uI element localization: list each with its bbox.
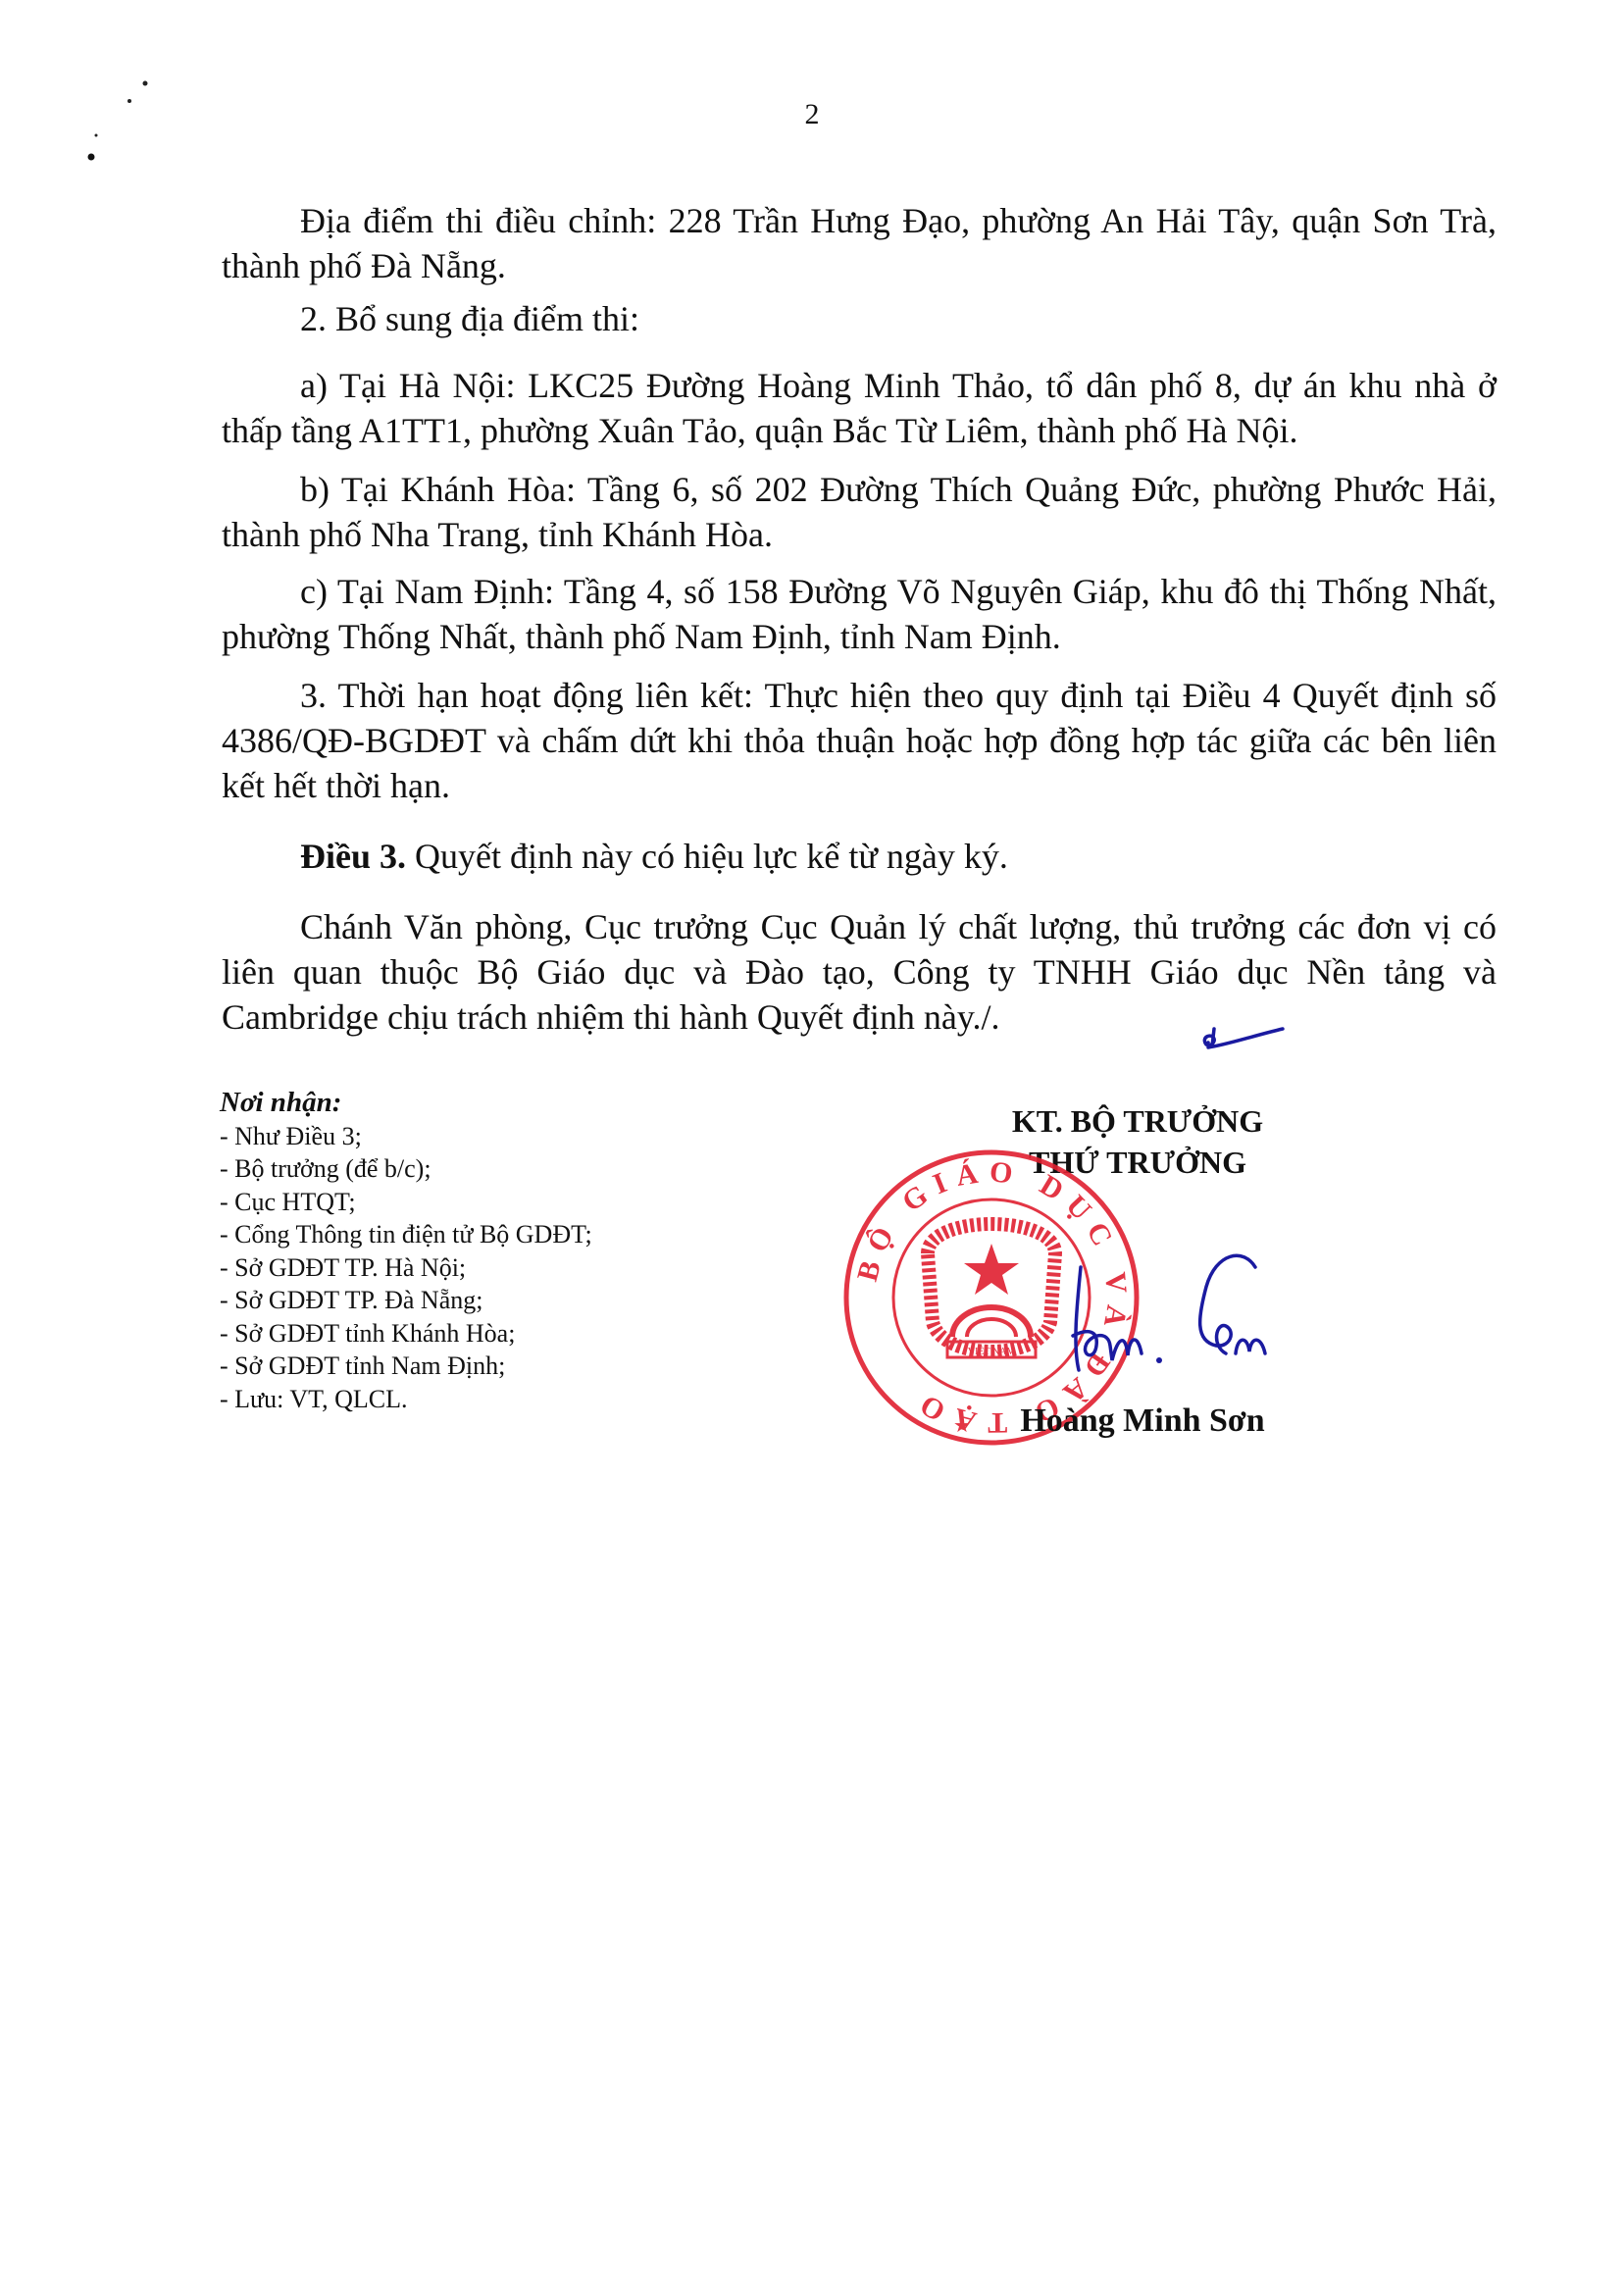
recipients-title: Nơi nhận: xyxy=(220,1087,592,1120)
recipient-item: - Sở GDĐT tỉnh Nam Định; xyxy=(220,1350,592,1383)
signature-title-line1: KT. BỘ TRƯỞNG xyxy=(941,1100,1334,1142)
recipient-item: - Cục HTQT; xyxy=(220,1186,592,1219)
recipient-item: - Cổng Thông tin điện tử Bộ GDĐT; xyxy=(220,1218,592,1251)
paragraph-add-locations-heading: 2. Bổ sung địa điểm thi: xyxy=(222,296,1497,341)
recipient-item: - Như Điều 3; xyxy=(220,1120,592,1153)
paragraph-duration: 3. Thời hạn hoạt động liên kết: Thực hiệ… xyxy=(222,673,1497,808)
article-3-label: Điều 3. xyxy=(300,837,406,876)
paragraph-adjusted-location: Địa điểm thi điều chỉnh: 228 Trần Hưng Đ… xyxy=(222,198,1497,288)
recipient-item: - Sở GDĐT TP. Hà Nội; xyxy=(220,1251,592,1285)
recipient-item: - Sở GDĐT TP. Đà Nẵng; xyxy=(220,1284,592,1317)
article-3-text: Quyết định này có hiệu lực kể từ ngày ký… xyxy=(406,837,1008,876)
paragraph-closing: Chánh Văn phòng, Cục trưởng Cục Quản lý … xyxy=(222,904,1497,1040)
paragraph-location-namdinh: c) Tại Nam Định: Tầng 4, số 158 Đường Võ… xyxy=(222,569,1497,659)
recipient-item: - Lưu: VT, QLCL. xyxy=(220,1383,592,1416)
paragraph-article-3: Điều 3. Quyết định này có hiệu lực kể từ… xyxy=(222,834,1497,879)
recipient-item: - Bộ trưởng (để b/c); xyxy=(220,1152,592,1186)
page-number: 2 xyxy=(0,98,1624,131)
paragraph-location-khanhhoa: b) Tại Khánh Hòa: Tầng 6, số 202 Đường T… xyxy=(222,467,1497,557)
handwritten-signature xyxy=(1069,1238,1314,1385)
svg-text:VIỆT NAM: VIỆT NAM xyxy=(968,1346,1016,1357)
signer-name: Hoàng Minh Sơn xyxy=(941,1402,1344,1440)
paragraph-location-hanoi: a) Tại Hà Nội: LKC25 Đường Hoàng Minh Th… xyxy=(222,363,1497,453)
recipients-list: Nơi nhận: - Như Điều 3; - Bộ trưởng (để … xyxy=(220,1087,592,1415)
initials-mark xyxy=(1198,1015,1287,1054)
recipient-item: - Sở GDĐT tỉnh Khánh Hòa; xyxy=(220,1317,592,1351)
